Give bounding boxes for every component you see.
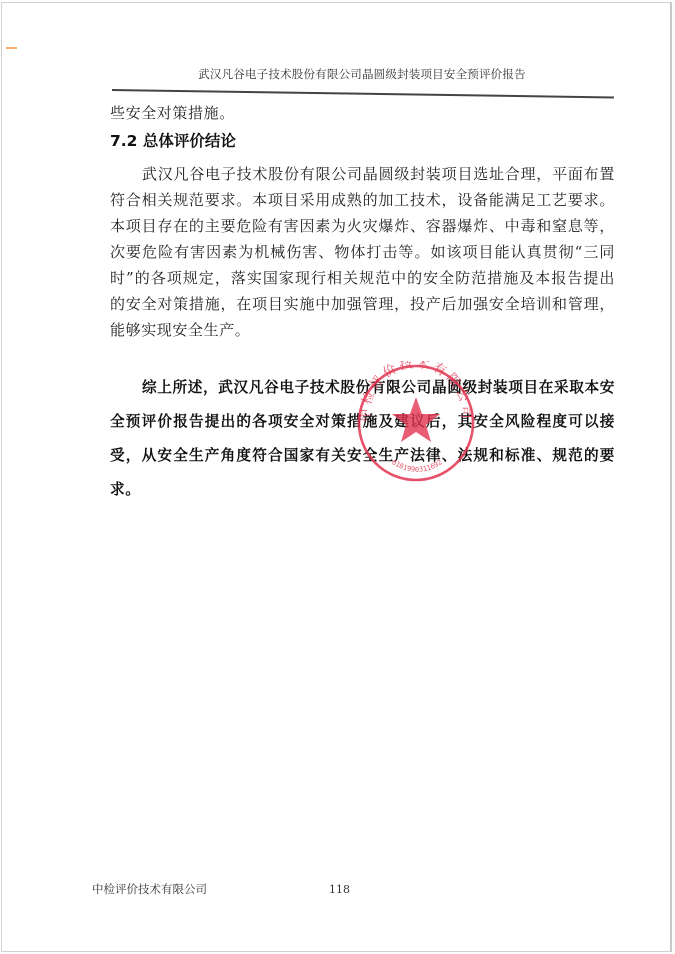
section-heading: 7.2 总体评价结论 <box>110 129 236 151</box>
margin-mark <box>6 47 17 49</box>
running-header: 武汉凡谷电子技术股份有限公司晶圆级封装项目安全预评价报告 <box>112 66 612 82</box>
paragraph-conclusion: 武汉凡谷电子技术股份有限公司晶圆级封装项目选址合理，平面布置符合相关规范要求。本… <box>110 161 615 343</box>
footer-company: 中检评价技术有限公司 <box>92 881 207 897</box>
continuation-text: 些安全对策措施。 <box>110 100 615 126</box>
paragraph-summary: 综上所述，武汉凡谷电子技术股份有限公司晶圆级封装项目在采取本安全预评价报告提出的… <box>110 371 615 507</box>
page-number: 118 <box>329 883 350 896</box>
header-rule <box>112 89 614 98</box>
document-page: 武汉凡谷电子技术股份有限公司晶圆级封装项目安全预评价报告 些安全对策措施。 7.… <box>1 2 672 952</box>
